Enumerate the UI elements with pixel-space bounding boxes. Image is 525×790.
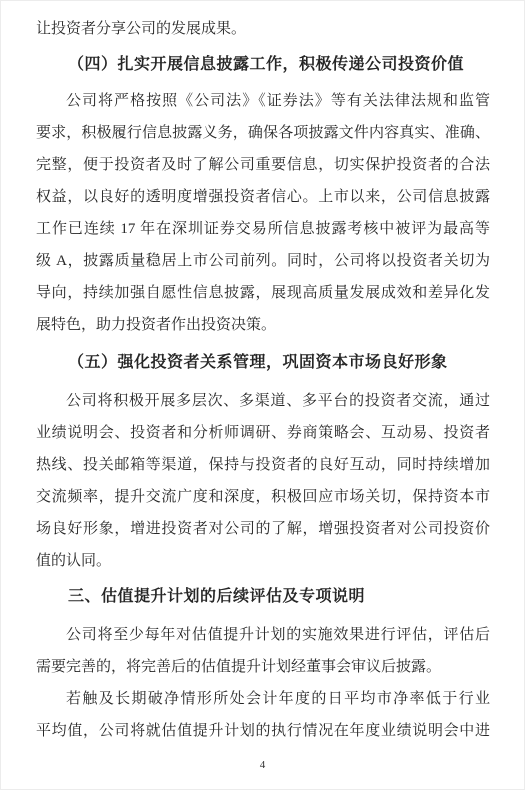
- section-heading-4: （四）扎实开展信息披露工作，积极传递公司投资价值: [36, 49, 490, 81]
- paragraph-line: 平均值，公司将就估值提升计划的执行情况在年度业绩说明会中进: [36, 715, 490, 747]
- paragraph-line: 工作已连续 17 年在深圳证券交易所信息披露考核中被评为最高等: [36, 213, 490, 245]
- paragraph-line: 要求，积极履行信息披露义务，确保各项披露文件内容真实、准确、: [36, 117, 490, 149]
- paragraph-line: 完整，便于投资者及时了解公司重要信息，切实保护投资者的合法: [36, 149, 490, 181]
- paragraph-line: 业绩说明会、投资者和分析师调研、券商策略会、互动易、投资者: [36, 417, 490, 449]
- paragraph-last-line: 值的认同。: [36, 545, 490, 577]
- paragraph-tail-line: 让投资者分享公司的发展成果。: [36, 13, 490, 45]
- paragraph-line: 公司将严格按照《公司法》《证券法》等有关法律法规和监管: [36, 85, 490, 117]
- paragraph-line: 级 A，披露质量稳居上市公司前列。同时，公司将以投资者关切为: [36, 245, 490, 277]
- paragraph-line: 交流频率，提升交流广度和深度，积极回应市场关切，保持资本市: [36, 481, 490, 513]
- paragraph-line: 若触及长期破净情形所处会计年度的日平均市净率低于行业: [36, 683, 490, 715]
- paragraph-line: 场良好形象，增进投资者对公司的了解，增强投资者对公司投资价: [36, 513, 490, 545]
- paragraph-line: 公司将至少每年对估值提升计划的实施效果进行评估，评估后: [36, 619, 490, 651]
- paragraph-line: 热线、投关邮箱等渠道，保持与投资者的良好互动，同时持续增加: [36, 449, 490, 481]
- page-number: 4: [1, 758, 524, 772]
- paragraph-line: 公司将积极开展多层次、多渠道、多平台的投资者交流，通过: [36, 385, 490, 417]
- paragraph-line: 导向，持续加强自愿性信息披露，展现高质量发展成效和差异化发: [36, 277, 490, 309]
- paragraph-line: 权益，以良好的透明度增强投资者信心。上市以来，公司信息披露: [36, 181, 490, 213]
- section-heading-5: （五）强化投资者关系管理，巩固资本市场良好形象: [36, 347, 490, 379]
- section-heading-3: 三、估值提升计划的后续评估及专项说明: [36, 581, 490, 613]
- document-page: 让投资者分享公司的发展成果。 （四）扎实开展信息披露工作，积极传递公司投资价值 …: [0, 0, 525, 790]
- paragraph-last-line: 展特色，助力投资者作出投资决策。: [36, 309, 490, 341]
- paragraph-last-line: 需要完善的，将完善后的估值提升计划经董事会审议后披露。: [36, 651, 490, 683]
